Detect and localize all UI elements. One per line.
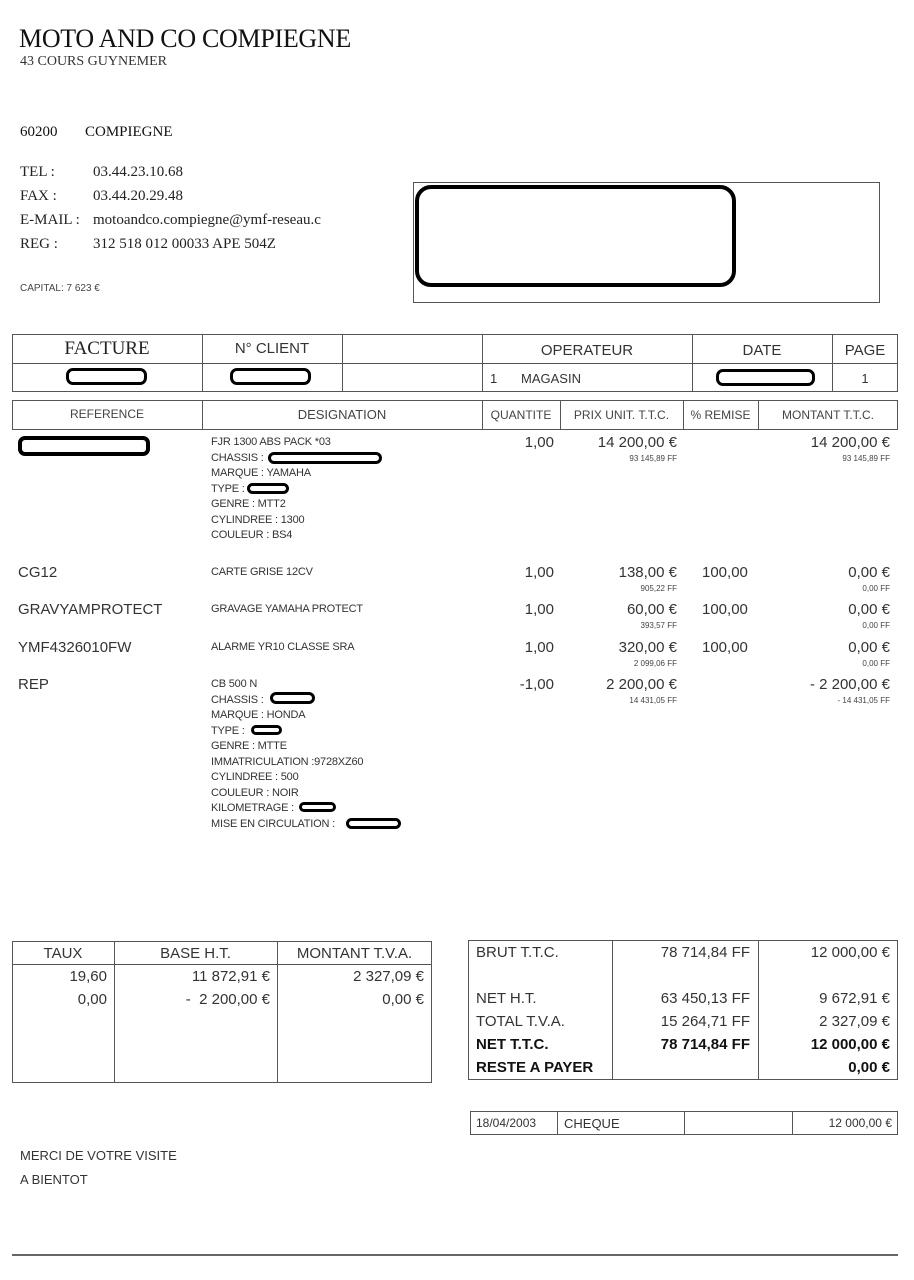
line-reference: GRAVYAMPROTECT	[18, 601, 162, 618]
redacted-customer-address	[415, 185, 736, 287]
client-header: N° CLIENT	[202, 340, 342, 357]
line-montant: 0,00 €	[758, 564, 890, 581]
vat-base: - 2 200,00 €	[114, 991, 270, 1008]
operateur-value: MAGASIN	[521, 371, 581, 386]
brut-label: BRUT T.T.C.	[476, 944, 559, 961]
reste-label: RESTE A PAYER	[476, 1059, 593, 1076]
net-ttc-eur: 12 000,00 €	[758, 1036, 890, 1053]
contact-email: E-MAIL :motoandco.compiegne@ymf-reseau.c	[20, 208, 321, 232]
vat-col-taux: TAUX	[12, 945, 114, 962]
line-prix-ff: 14 431,05 FF	[560, 696, 677, 705]
reste-eur: 0,00 €	[758, 1059, 890, 1076]
line-montant: - 2 200,00 €	[758, 676, 890, 693]
line-montant-ff: - 14 431,05 FF	[758, 696, 890, 705]
line-quantite: 1,00	[482, 601, 554, 618]
line-prix: 320,00 €	[560, 639, 677, 656]
line-quantite: 1,00	[482, 434, 554, 451]
vat-montant: 2 327,09 €	[277, 968, 424, 985]
net-ht-eur: 9 672,91 €	[758, 990, 890, 1007]
vat-taux: 0,00	[12, 991, 107, 1008]
redacted-reference	[18, 436, 150, 456]
line-prix: 60,00 €	[560, 601, 677, 618]
line-remise: 100,00	[702, 564, 748, 581]
net-ttc-ff: 78 714,84 FF	[612, 1036, 750, 1053]
facture-header: FACTURE	[12, 338, 202, 360]
tva-eur: 2 327,09 €	[758, 1013, 890, 1030]
company-address: 43 COURS GUYNEMER	[20, 54, 167, 70]
page-value: 1	[832, 371, 898, 386]
line-prix-ff: 393,57 FF	[560, 621, 677, 630]
vat-taux: 19,60	[12, 968, 107, 985]
line-montant: 0,00 €	[758, 639, 890, 656]
date-header: DATE	[692, 342, 832, 359]
redacted-kilometrage	[299, 802, 336, 812]
company-city: COMPIEGNE	[85, 124, 173, 141]
line-montant: 0,00 €	[758, 601, 890, 618]
vat-base: 11 872,91 €	[114, 968, 270, 985]
vat-col-montant: MONTANT T.V.A.	[277, 945, 432, 962]
line-prix: 14 200,00 €	[560, 434, 677, 451]
line-reference: REP	[18, 676, 49, 693]
line-prix-ff: 2 099,06 FF	[560, 659, 677, 668]
tva-ff: 15 264,71 FF	[612, 1013, 750, 1030]
line-reference: YMF4326010FW	[18, 639, 131, 656]
redacted-type	[251, 725, 282, 735]
redacted-type	[247, 483, 289, 494]
contact-list: TEL :03.44.23.10.68 FAX :03.44.20.29.48 …	[20, 160, 321, 256]
col-quantite: QUANTITE	[482, 408, 560, 422]
line-prix: 2 200,00 €	[560, 676, 677, 693]
line-designation: CARTE GRISE 12CV	[211, 565, 313, 581]
col-montant: MONTANT T.T.C.	[758, 408, 898, 422]
col-designation: DESIGNATION	[202, 407, 482, 422]
footer-thanks: MERCI DE VOTRE VISITE	[20, 1148, 177, 1163]
company-capital: CAPITAL: 7 623 €	[20, 283, 100, 294]
brut-ff: 78 714,84 FF	[612, 944, 750, 961]
line-designation: GRAVAGE YAMAHA PROTECT	[211, 602, 363, 618]
net-ht-ff: 63 450,13 FF	[612, 990, 750, 1007]
vat-montant: 0,00 €	[277, 991, 424, 1008]
line-quantite: 1,00	[482, 639, 554, 656]
net-ht-label: NET H.T.	[476, 990, 537, 1007]
net-ttc-label: NET T.T.C.	[476, 1036, 549, 1053]
contact-reg: REG :312 518 012 00033 APE 504Z	[20, 232, 321, 256]
redacted-mise-en-circulation	[346, 818, 401, 829]
operateur-number: 1	[490, 371, 497, 386]
contact-fax: FAX :03.44.20.29.48	[20, 184, 321, 208]
vat-col-base: BASE H.T.	[114, 945, 277, 962]
col-prix-unit: PRIX UNIT. T.T.C.	[560, 408, 683, 422]
line-montant-ff: 0,00 FF	[758, 584, 890, 593]
line-reference: CG12	[18, 564, 57, 581]
page-header: PAGE	[832, 342, 898, 359]
operateur-header: OPERATEUR	[482, 342, 692, 359]
payment-amount: 12 000,00 €	[792, 1116, 892, 1130]
line-prix-ff: 905,22 FF	[560, 584, 677, 593]
redacted-client-number	[230, 368, 311, 385]
payment-date: 18/04/2003	[476, 1116, 536, 1130]
line-remise: 100,00	[702, 601, 748, 618]
line-prix-ff: 93 145,89 FF	[560, 454, 677, 463]
col-remise: % REMISE	[683, 408, 758, 422]
line-quantite: 1,00	[482, 564, 554, 581]
tva-label: TOTAL T.V.A.	[476, 1013, 565, 1030]
contact-tel: TEL :03.44.23.10.68	[20, 160, 321, 184]
line-montant-ff: 0,00 FF	[758, 659, 890, 668]
payment-method: CHEQUE	[564, 1116, 620, 1131]
line-montant-ff: 93 145,89 FF	[758, 454, 890, 463]
footer-divider	[12, 1254, 898, 1256]
redacted-chassis	[268, 452, 382, 464]
line-prix: 138,00 €	[560, 564, 677, 581]
line-remise: 100,00	[702, 639, 748, 656]
line-designation: ALARME YR10 CLASSE SRA	[211, 640, 354, 656]
vat-table	[12, 941, 432, 1083]
line-quantite: -1,00	[482, 676, 554, 693]
company-name: MOTO AND CO COMPIEGNE	[19, 24, 351, 54]
col-reference: REFERENCE	[12, 407, 202, 421]
footer-goodbye: A BIENTOT	[20, 1172, 88, 1187]
redacted-date	[716, 369, 815, 386]
line-montant-ff: 0,00 FF	[758, 621, 890, 630]
redacted-invoice-number	[66, 368, 147, 385]
redacted-chassis	[270, 692, 315, 704]
line-montant: 14 200,00 €	[758, 434, 890, 451]
company-postcode: 60200	[20, 124, 58, 141]
brut-eur: 12 000,00 €	[758, 944, 890, 961]
